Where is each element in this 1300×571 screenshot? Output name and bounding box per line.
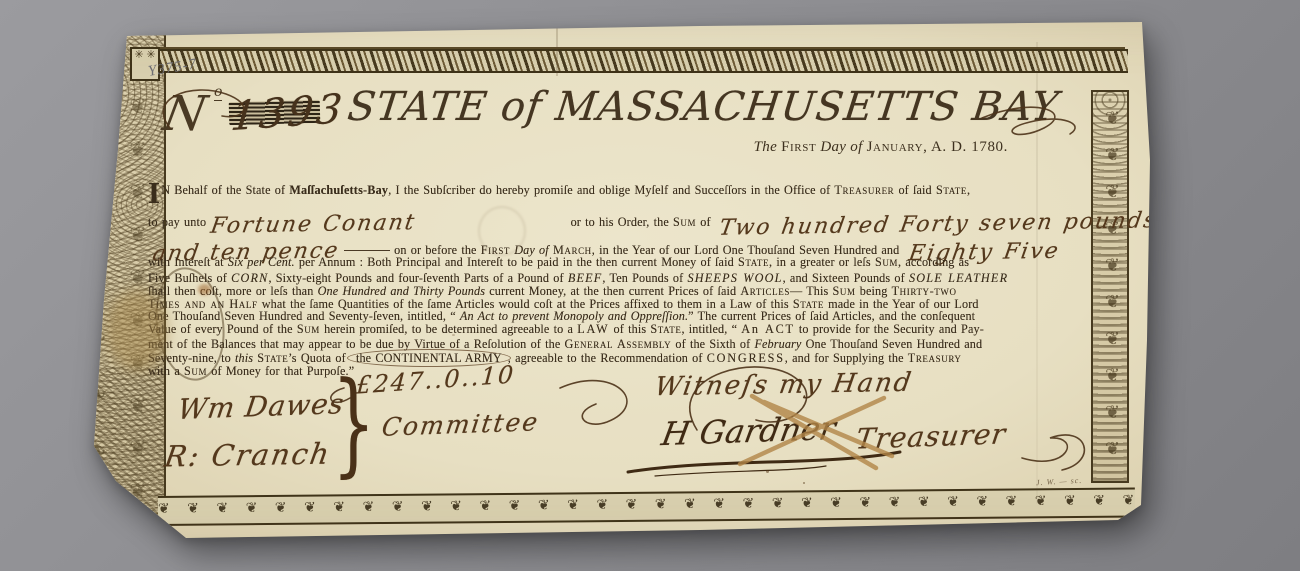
text-segment: , and for Supplying the — [785, 351, 908, 365]
date-line: The First Day of January, A. D. 1780. — [520, 139, 1008, 156]
text-segment: Thirty-two — [892, 284, 957, 298]
text-segment: to provide for the Security and Pay- — [795, 322, 984, 336]
text-segment: being — [856, 284, 892, 298]
promissory-text: IN Behalf of the State of Maſſachuſetts-… — [148, 183, 1078, 388]
text-segment: One Hundred and Thirty Pounds — [318, 284, 486, 298]
text-segment: , according as — [898, 255, 969, 269]
text-segment: First — [781, 139, 816, 155]
text-segment: Maſſachuſetts-Bay — [289, 183, 388, 197]
document-paper: ❧ ❧ ❧ ❧ ❧ ❧ ❧ ❧ ❧ ❦ ❦ ❦ ❦ ❦ ❦ ❦ ❦ ❦ ❦ ❦ … — [0, 0, 1300, 571]
text-segment: Sum — [875, 255, 898, 269]
text-segment: I — [148, 175, 160, 210]
treasurer-underline-2 — [655, 466, 826, 476]
text-segment: Fortune Conant — [206, 223, 421, 227]
text-segment: State — [650, 322, 681, 336]
text-segment: , and Sixteen Pounds of — [783, 271, 909, 285]
text-segment: State — [257, 351, 288, 365]
rust-spot — [198, 284, 211, 295]
text-segment: Treasury — [908, 351, 962, 365]
text-segment: ” The current Prices of ſaid Articles, a… — [688, 309, 975, 323]
text-segment: February — [754, 337, 801, 351]
text-segment: per Annum : Both Principal and Intereſt … — [295, 255, 738, 269]
photo-background: ❧ ❧ ❧ ❧ ❧ ❧ ❧ ❧ ❧ ❦ ❦ ❦ ❦ ❦ ❦ ❦ ❦ ❦ ❦ ❦ … — [0, 0, 1300, 571]
body-line-4: with Intereſt at Six per Cent. per Annum… — [148, 255, 1078, 270]
ink-speck — [766, 470, 769, 473]
committee-brace: } — [332, 376, 375, 470]
signature-r-cranch: R: Cranch — [162, 437, 333, 474]
signature-wm-dawes: Wm Dawes — [176, 387, 347, 426]
engraved-border-bottom: ❦ ❦ ❦ ❦ ❦ ❦ ❦ ❦ ❦ ❦ ❦ ❦ ❦ ❦ ❦ ❦ ❦ ❦ ❦ ❦ … — [158, 487, 1135, 526]
text-segment: Value of every Pound of the — [148, 322, 297, 336]
treasurer-signature: H Gardner — [659, 409, 839, 453]
text-segment — [344, 250, 390, 251]
text-segment: Day of — [820, 139, 862, 155]
text-segment: Treasurer — [834, 183, 894, 197]
document-title: STATE of MASSACHUSETTS BAY — [345, 84, 1061, 130]
text-segment: , agreeable to the Recommendation of — [508, 351, 707, 365]
ink-smudge — [478, 206, 526, 256]
paper-shadow-wrap: ❧ ❧ ❧ ❧ ❧ ❧ ❧ ❧ ❧ ❦ ❦ ❦ ❦ ❦ ❦ ❦ ❦ ❦ ❦ ❦ … — [0, 0, 1300, 571]
text-segment: The — [754, 139, 781, 155]
text-segment: Sum — [184, 364, 207, 378]
text-segment: Five Buſhels of — [148, 271, 231, 285]
text-segment: to pay unto — [148, 215, 206, 229]
text-segment: , Ten Pounds of — [602, 271, 687, 285]
text-segment: Articles — [740, 284, 790, 298]
body-line-12: with a Sum of Money for that Purpoſe.” — [148, 364, 1078, 379]
engraved-border-right: ❦ ❦ ❦ ❦ ❦ ❦ ❦ ❦ ❦ ❦ ❦ ❦ — [1091, 90, 1129, 483]
text-segment: Eighty Five — [903, 252, 1064, 255]
body-line-10: ment of the Balances that may appear to … — [148, 337, 1078, 352]
text-segment: this — [235, 351, 253, 365]
engraver-mark: J. W. — sc. — [1036, 476, 1083, 487]
text-segment: of this — [609, 322, 650, 336]
text-segment: Sum — [673, 215, 696, 229]
text-segment: CORN — [231, 271, 268, 285]
text-segment: Sum — [833, 284, 856, 298]
committee-label: Committee — [380, 407, 541, 442]
text-segment: General Assembly — [565, 337, 672, 351]
number-prefix-superscript: o — [214, 84, 222, 101]
engraved-border-top — [136, 49, 1128, 73]
text-segment: N Behalf of the State of — [161, 183, 289, 197]
text-segment: of — [696, 215, 715, 229]
text-segment: , in a greater or leſs — [769, 255, 875, 269]
paper-crease — [556, 28, 558, 76]
text-segment: Sum — [297, 322, 320, 336]
text-segment: Six per Cent. — [228, 255, 295, 269]
text-segment: Two hundred Forty seven pounds — [714, 221, 1162, 229]
scrollwork-ornament: ❧ ❧ ❧ ❧ ❧ ❧ ❧ ❧ ❧ — [72, 38, 116, 531]
text-segment: current Money, at the then current Price… — [485, 284, 740, 298]
text-segment: One Thouſand Seven Hundred and — [801, 337, 982, 351]
serial-number: 1393 — [229, 86, 347, 140]
text-segment: ſhall then coſt, more or leſs than — [148, 284, 318, 298]
text-segment: with a — [148, 364, 184, 378]
body-line-9: Value of every Pound of the Sum herein p… — [148, 322, 1078, 337]
text-segment: , — [967, 183, 970, 197]
text-segment: January, A. D. 1780. — [867, 139, 1008, 155]
treasurer-label: Treasurer — [854, 417, 1009, 455]
text-segment: ment of the Balances that may appear to … — [148, 337, 565, 351]
text-segment: , intitled, “ — [681, 322, 741, 336]
text-segment: herein promiſed, to be determined agreea… — [320, 322, 577, 336]
text-segment: with Intereſt at — [148, 255, 228, 269]
ink-speck — [803, 482, 805, 484]
text-segment: BEEF — [568, 271, 603, 285]
body-line-1: IN Behalf of the State of Maſſachuſetts-… — [148, 183, 1078, 198]
treasurer-end-flourish — [1022, 435, 1084, 470]
text-segment: , I the Subſcriber do hereby promiſe and… — [388, 183, 834, 197]
ink-speck — [452, 334, 455, 336]
text-segment: State — [738, 255, 769, 269]
witness-line: Witneſs my Hand — [653, 368, 915, 403]
paper-crease — [1036, 42, 1038, 504]
text-segment: , Sixty-eight Pounds and four-ſeventh Pa… — [268, 271, 567, 285]
text-segment: LAW — [577, 322, 609, 336]
text-segment: State — [936, 183, 967, 197]
text-segment: One Thouſand Seven Hundred and Seventy-ſ… — [148, 309, 460, 323]
text-segment: — This — [790, 284, 833, 298]
text-segment: of ſaid — [894, 183, 936, 197]
text-segment: or to his Order, the — [571, 215, 673, 229]
text-segment: of the Sixth of — [671, 337, 754, 351]
text-segment: CONGRESS — [707, 351, 785, 365]
text-segment: An ACT — [741, 322, 794, 336]
text-segment: An Act to prevent Monopoly and Oppreſſio… — [460, 309, 688, 323]
body-line-2: to pay untoFortune Conantor to his Order… — [148, 215, 1078, 230]
text-segment: SOLE LEATHER — [909, 271, 1008, 285]
number-prefix: N — [159, 86, 211, 142]
text-segment: SHEEPS WOOL — [687, 271, 782, 285]
tan-stain — [106, 290, 168, 370]
